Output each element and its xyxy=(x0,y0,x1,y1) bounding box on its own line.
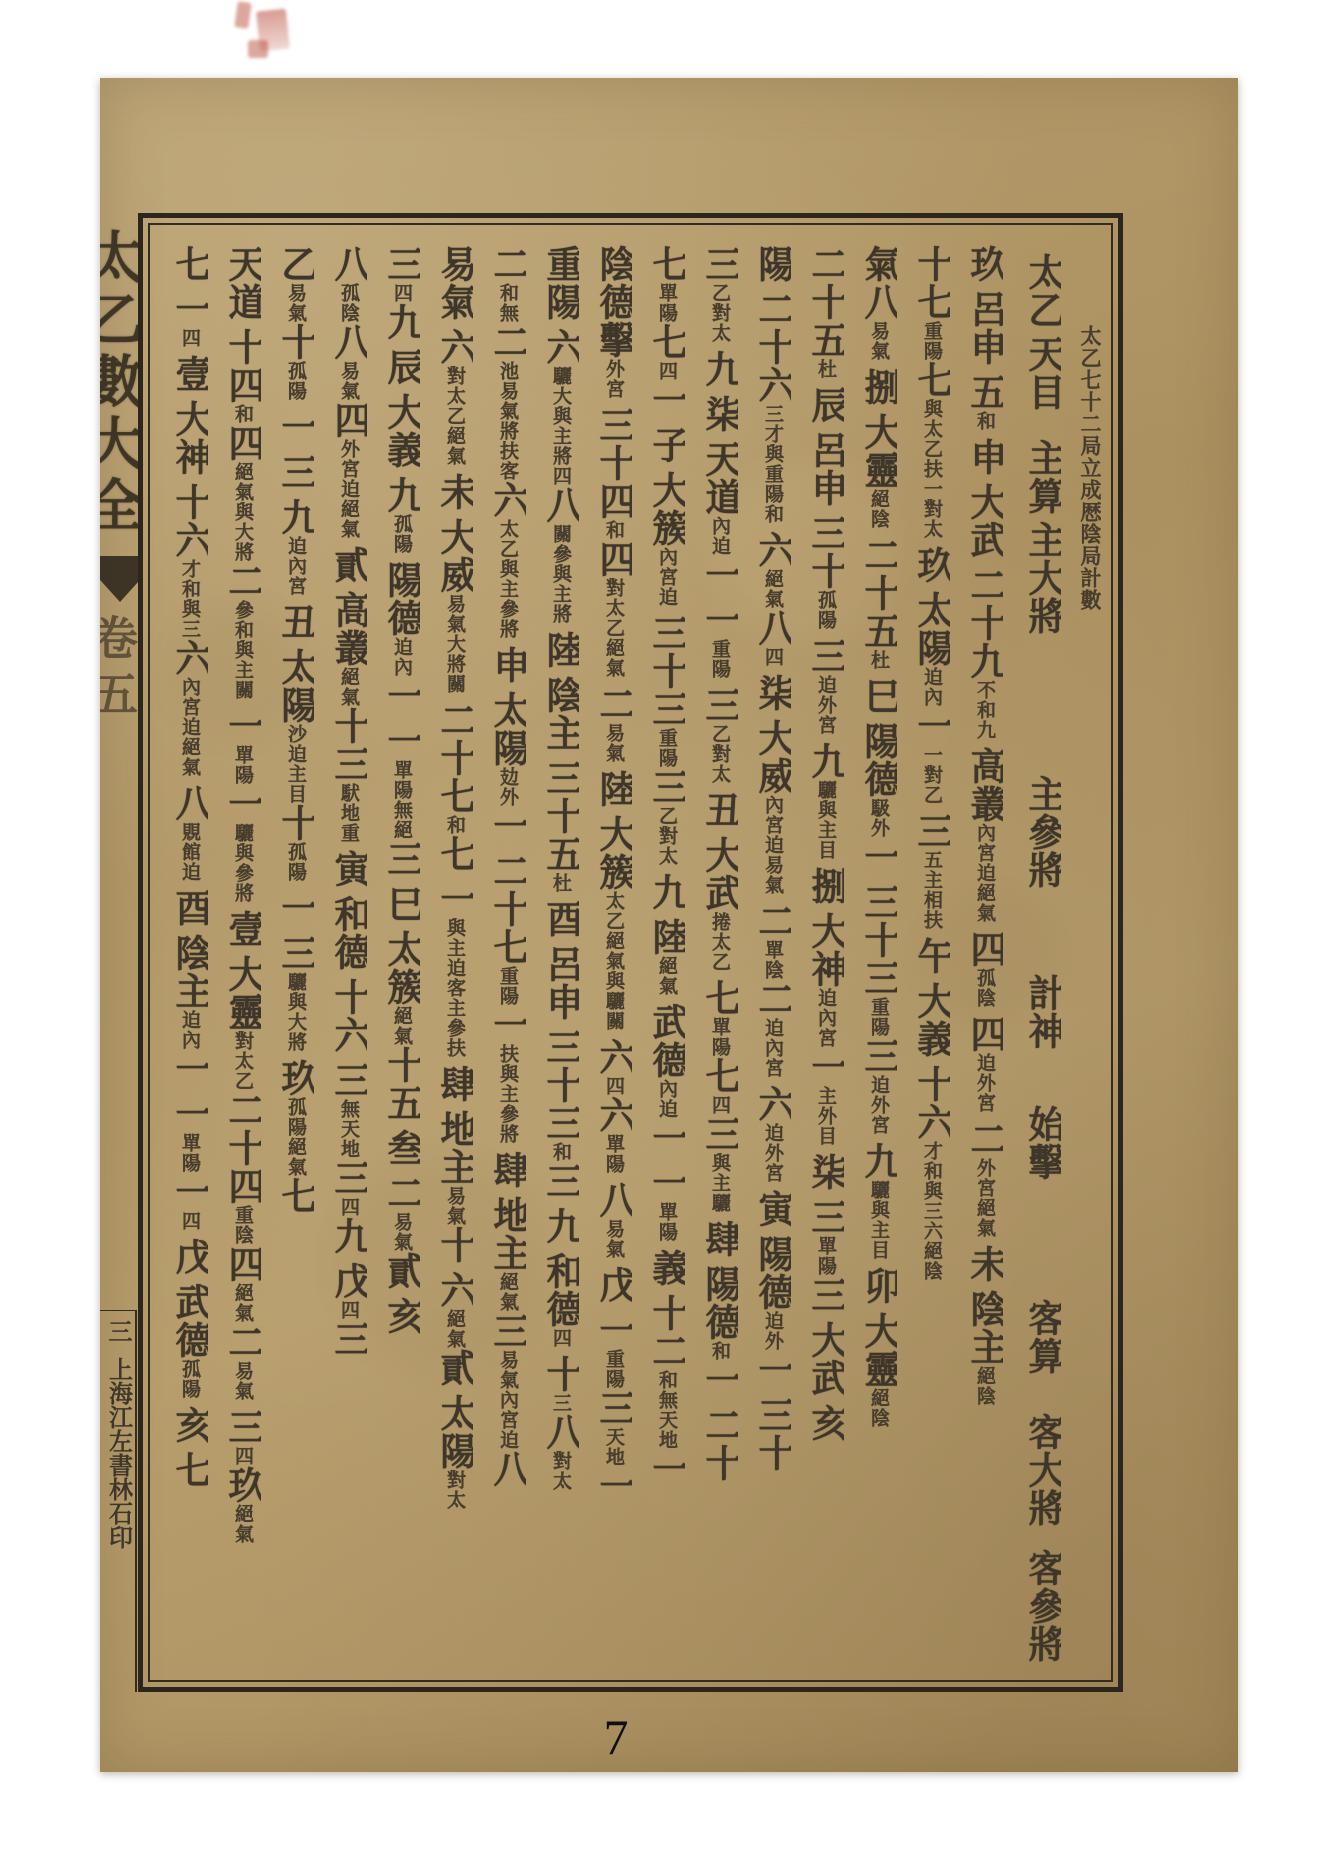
column-main-text: 十六 xyxy=(911,1065,950,1141)
column-annotation-text: 六絕陰 xyxy=(921,1221,942,1281)
column-main-text: 一 xyxy=(275,408,314,446)
column-main-text: 酉 xyxy=(540,900,579,938)
column-annotation-text: 四 xyxy=(709,1095,730,1115)
column-main-text: 四 xyxy=(328,401,367,439)
column-main-text: 三十 xyxy=(752,1396,791,1472)
column-annotation-text: 和無 xyxy=(497,283,518,323)
column-main-text: 一 xyxy=(169,290,208,328)
column-annotation-text: 易氣 xyxy=(603,723,624,763)
column-main-text: 一 xyxy=(169,1173,208,1211)
column-annotation-text: 孤陽 xyxy=(815,590,836,630)
column-annotation-text: 易氣 xyxy=(868,321,889,361)
column-main-text: 二十四 xyxy=(222,1091,261,1205)
column-annotation-text: 單陰 xyxy=(762,940,783,980)
column-annotation-text: 四 xyxy=(656,361,677,381)
column-main-text: 一 xyxy=(646,1164,685,1202)
column-annotation-text: 內宮迫絕氣 xyxy=(974,823,995,923)
column-main-text: 三十五 xyxy=(540,759,579,873)
column-main-text: 二十五 xyxy=(858,536,897,650)
column-main-text: 地主 xyxy=(487,1196,526,1272)
column-annotation-text: 驪大 xyxy=(550,366,571,406)
column-annotation-text: 內宮迫 xyxy=(497,1390,518,1450)
column-annotation-text: 絕氣 xyxy=(603,638,624,678)
column-annotation-text: 大將關 xyxy=(444,634,465,694)
column-main-text: 客算 xyxy=(1022,1299,1061,1375)
column-main-text: 一 xyxy=(487,807,526,845)
column-main-text: 寅 xyxy=(752,1190,791,1228)
column-annotation-text: 外宮絕氣 xyxy=(974,1158,995,1238)
column-annotation-text: 太乙絕氣 xyxy=(603,891,624,971)
column-annotation-text: 內宮迫 xyxy=(656,547,677,607)
column-main-text: 十四 xyxy=(222,328,261,404)
column-annotation-text: 絕氣 xyxy=(338,499,359,539)
column-annotation-text: 絕氣 xyxy=(497,1272,518,1312)
column-main-text: 大威 xyxy=(434,518,473,594)
column-main-text: 大神 xyxy=(805,912,844,988)
column-main-text: 重陽 xyxy=(540,245,579,321)
column-annotation-text: 絕氣 xyxy=(656,956,677,996)
column-main-text: 八 xyxy=(752,609,791,647)
column-main-text: 一 xyxy=(169,1050,208,1088)
column-annotation-text: 重陽 xyxy=(497,966,518,1006)
column-main-text: 陸 xyxy=(540,631,579,669)
column-main-text: 十六 xyxy=(328,978,367,1054)
column-annotation-text: 易氣 xyxy=(285,283,306,323)
column-main-text: 九 xyxy=(805,742,844,780)
column-main-text: 肆 xyxy=(434,1065,473,1103)
column-main-text: 柒 xyxy=(805,1153,844,1191)
column-main-text: 太乙 xyxy=(1022,253,1061,329)
column-annotation-text: 迫外宮 xyxy=(762,1123,783,1183)
column-main-text: 二十五 xyxy=(805,245,844,359)
column-annotation-text: 單陽 xyxy=(709,1017,730,1057)
column-main-text: 四 xyxy=(222,1245,261,1283)
column-annotation-text: 無絕 xyxy=(391,800,412,840)
column-main-text: 五 xyxy=(964,373,1003,411)
column-main-text: 貳 xyxy=(328,546,367,584)
colophon-section-mark: 三 xyxy=(100,1319,135,1343)
column-main-text: 戊 xyxy=(169,1238,208,1276)
column-main-text: 三 xyxy=(328,1320,367,1358)
table-columns: 太乙七十二局立成厯陰局計數太乙天目主算主大將主參將計神始擊客算客大將客參將玖呂申… xyxy=(160,239,1101,1668)
column-annotation-text: 外宮迫 xyxy=(338,439,359,499)
column-annotation-text: 內宮迫 xyxy=(179,677,200,737)
column-main-text: 九 xyxy=(540,1207,579,1245)
column-main-text: 三 xyxy=(858,1037,897,1075)
column-main-text: 呂申 xyxy=(540,945,579,1021)
column-main-text: 三 xyxy=(222,1408,261,1446)
column-annotation-text: 四 xyxy=(232,1446,253,1466)
column-main-text: 二十九 xyxy=(964,566,1003,680)
column-main-text: 三 xyxy=(328,1061,367,1099)
column-annotation-text: 無天地 xyxy=(338,1099,359,1159)
column-annotation-text: 天地 xyxy=(603,1427,624,1467)
column-annotation-text: 重陽和 xyxy=(762,464,783,524)
column-annotation-text: 單陽 xyxy=(232,745,253,785)
column-annotation-text: 迫外宮 xyxy=(974,1053,995,1113)
column-main-text: 乙 xyxy=(275,245,314,283)
column-annotation-text: 迫內 xyxy=(921,667,942,707)
column-main-text: 一 xyxy=(646,1119,685,1157)
column-main-text: 二 xyxy=(487,323,526,361)
column-annotation-text: 迫內 xyxy=(391,637,412,677)
column-annotation-text: 主參扶 xyxy=(444,998,465,1058)
column-main-text: 大義 xyxy=(911,982,950,1058)
column-main-text: 捌 xyxy=(805,867,844,905)
text-column: 易氣六對太乙絕氣未大威易氣大將關二十七和七一與主迫客主參扶肆地主易氣十六絕氣貳太… xyxy=(420,239,473,1668)
column-main-text: 巳 xyxy=(381,885,420,923)
column-annotation-text: 與驪關 xyxy=(603,971,624,1031)
column-main-text: 二 xyxy=(964,1120,1003,1158)
column-annotation-text: 孤陽 xyxy=(179,1359,200,1399)
column-annotation-text: 與主驪 xyxy=(709,1153,730,1213)
column-main-text: 六 xyxy=(593,1038,632,1076)
column-annotation-text: 孤陽 xyxy=(391,514,412,554)
column-annotation-text: 四 xyxy=(179,328,200,348)
column-main-text: 陽德 xyxy=(752,1235,791,1311)
column-annotation-text: 易氣 xyxy=(232,1361,253,1401)
column-main-text: 三十 xyxy=(805,514,844,590)
column-main-text: 太陽 xyxy=(434,1394,473,1470)
column-main-text: 二十 xyxy=(699,1406,738,1482)
column-main-text: 十 xyxy=(540,1355,579,1393)
column-main-text: 三 xyxy=(699,245,738,283)
column-annotation-text: 四 xyxy=(603,1076,624,1096)
column-annotation-text: 才和與三 xyxy=(921,1141,942,1221)
column-annotation-text: 和 xyxy=(550,1142,571,1162)
column-annotation-text: 與大將 xyxy=(232,502,253,562)
column-main-text: 陰主 xyxy=(540,676,579,752)
column-main-text: 陰德擊 xyxy=(593,245,632,359)
column-main-text: 未 xyxy=(434,473,473,511)
column-annotation-text: 迫外 xyxy=(762,1311,783,1351)
column-annotation-text: 易氣 xyxy=(338,361,359,401)
column-main-text: 七 xyxy=(911,361,950,399)
column-annotation-text: 絕氣 xyxy=(444,1309,465,1349)
column-main-text: 八 xyxy=(328,323,367,361)
text-column: 三四九辰大義九孤陽陽德迫內一一單陽無絕三巳太簇絕氣十五叁二易氣貳亥 xyxy=(367,239,420,1668)
column-annotation-text: 將扶客 xyxy=(497,421,518,481)
column-main-text: 二 xyxy=(222,562,261,600)
column-annotation-text: 單陽 xyxy=(391,760,412,800)
column-main-text: 貳 xyxy=(434,1349,473,1387)
column-main-text: 七 xyxy=(699,979,738,1017)
column-main-text: 計神 xyxy=(1022,974,1061,1050)
column-main-text: 三 xyxy=(381,840,420,878)
column-main-text: 亥 xyxy=(805,1404,844,1442)
column-main-text: 一 xyxy=(752,1351,791,1389)
column-main-text: 客參將 xyxy=(1022,1549,1061,1663)
column-annotation-text: 迫外宮 xyxy=(815,675,836,735)
column-main-text: 肆 xyxy=(487,1151,526,1189)
column-main-text: 八 xyxy=(487,1450,526,1488)
column-main-text: 三 xyxy=(328,1159,367,1197)
column-main-text: 大武 xyxy=(805,1321,844,1397)
column-main-text: 一 xyxy=(646,381,685,419)
column-annotation-text: 才和與三 xyxy=(179,559,200,639)
row-label-column: 太乙天目主算主大將主參將計神始擊客算客大將客參將 xyxy=(1003,239,1061,1668)
column-annotation-text: 池易氣 xyxy=(497,361,518,421)
column-main-text: 八 xyxy=(540,1413,579,1451)
text-column: 乙易氣十孤陽一三九迫內宮丑太陽沙迫主目十孤陽一三驪與大將玖孤陽絕氣七 xyxy=(261,239,314,1668)
column-main-text: 十六 xyxy=(169,483,208,559)
column-main-text: 主大將 xyxy=(1022,521,1061,635)
column-main-text: 一 xyxy=(593,1467,632,1505)
column-main-text: 七 xyxy=(699,1057,738,1095)
column-main-text: 三 xyxy=(805,1198,844,1236)
column-main-text: 陽 xyxy=(752,245,791,283)
column-main-text: 六 xyxy=(434,328,473,366)
column-annotation-text: 孤陽 xyxy=(285,1097,306,1137)
column-main-text: 始擊 xyxy=(1022,1105,1061,1181)
column-main-text: 六 xyxy=(540,328,579,366)
column-annotation-text: 參將 xyxy=(232,863,253,903)
column-annotation-text: 四 xyxy=(338,1197,359,1217)
column-main-text: 三 xyxy=(381,245,420,283)
column-annotation-text: 易氣 xyxy=(444,1186,465,1226)
column-annotation-text: 和 xyxy=(603,520,624,540)
column-main-text: 壹 xyxy=(222,910,261,948)
column-main-text: 大武 xyxy=(699,836,738,912)
column-annotation-text: 太乙 xyxy=(497,519,518,559)
column-main-text: 捌 xyxy=(858,368,897,406)
column-main-text: 一 xyxy=(487,1006,526,1044)
column-annotation-text: 易氣 xyxy=(603,1219,624,1259)
column-annotation-text: 迫內宮 xyxy=(815,988,836,1048)
column-main-text: 三 xyxy=(593,1389,632,1427)
column-annotation-text: 覞館迫 xyxy=(179,822,200,882)
column-main-text: 九 xyxy=(381,476,420,514)
column-annotation-text: 重陽 xyxy=(921,321,942,361)
column-annotation-text: 和 xyxy=(709,1341,730,1361)
column-annotation-text: 參和 xyxy=(232,600,253,640)
column-annotation-text: 四 xyxy=(179,1211,200,1231)
printed-frame-inner-rule: 太乙七十二局立成厯陰局計數太乙天目主算主大將主參將計神始擊客算客大將客參將玖呂申… xyxy=(148,223,1113,1682)
column-annotation-text: 捲太乙 xyxy=(709,912,730,972)
column-annotation-text: 單陽 xyxy=(815,1236,836,1276)
column-annotation-text: 攰外 xyxy=(497,767,518,807)
column-annotation-text: 迫內宮 xyxy=(285,536,306,596)
text-column: 陽二十六三才與重陽和六絕氣八四柒大威內宮迫易氣二單陰二迫內宮六迫外宮寅陽德迫外一… xyxy=(738,239,791,1668)
column-main-text: 三 xyxy=(487,1312,526,1350)
column-main-text: 義 xyxy=(646,1249,685,1287)
column-main-text: 卯 xyxy=(858,1267,897,1305)
column-annotation-text: 三 xyxy=(550,1393,571,1413)
column-main-text: 呂申 xyxy=(964,290,1003,366)
column-annotation-text: 單陽 xyxy=(656,1202,677,1242)
text-column: 十七重陽七與太乙扶一對太玖太陽迫內一一對乙三五主相扶午大義十六才和與三六絕陰 xyxy=(897,239,950,1668)
column-main-text: 玖 xyxy=(911,546,950,584)
column-main-text: 一 xyxy=(381,722,420,760)
table-title-column: 太乙七十二局立成厯陰局計數 xyxy=(1061,239,1101,1668)
column-annotation-text: 五主相扶 xyxy=(921,850,942,930)
column-annotation-text: 絕氣 xyxy=(232,462,253,502)
column-main-text: 四 xyxy=(964,930,1003,968)
column-annotation-text: 一對太 xyxy=(921,479,942,539)
column-annotation-text: 杜 xyxy=(868,650,889,670)
column-annotation-text: 外宮 xyxy=(603,359,624,399)
publisher-colophon: 三 上海江左書林石印 xyxy=(100,1310,137,1692)
text-column: 玖呂申五和申大武二十九不和九高叢內宮迫絕氣四孤陰四迫外宮二外宮絕氣未陰主絕陰 xyxy=(950,239,1003,1668)
column-main-text: 八 xyxy=(593,1181,632,1219)
column-main-text: 酉 xyxy=(169,889,208,927)
column-main-text: 亥 xyxy=(169,1406,208,1444)
column-main-text: 七 xyxy=(434,835,473,873)
column-main-text: 大威 xyxy=(752,719,791,795)
column-main-text: 十 xyxy=(275,804,314,842)
column-main-text: 八 xyxy=(328,245,367,283)
column-annotation-text: 和 xyxy=(444,815,465,835)
column-main-text: 太陽 xyxy=(911,591,950,667)
column-main-text: 三 xyxy=(805,1276,844,1314)
text-column: 二十五杜辰呂申三十孤陽三迫外宮九驪與主目捌大神迫內宮一主外目柒三單陽三大武亥 xyxy=(791,239,844,1668)
column-main-text: 戊 xyxy=(328,1262,367,1300)
column-annotation-text: 絕陰 xyxy=(868,1388,889,1428)
column-main-text: 九 xyxy=(858,1142,897,1180)
column-main-text: 三十三 xyxy=(540,1028,579,1142)
column-main-text: 一 xyxy=(275,889,314,927)
red-ink-mark xyxy=(234,1,251,29)
column-main-text: 太陽 xyxy=(275,648,314,724)
column-main-text: 大武 xyxy=(964,483,1003,559)
column-main-text: 三十四 xyxy=(593,406,632,520)
column-main-text: 主算 xyxy=(1022,439,1061,515)
column-main-text: 六 xyxy=(752,531,791,569)
column-main-text: 大靈 xyxy=(858,413,897,489)
column-main-text: 六 xyxy=(169,639,208,677)
text-column: 陰德擊外宮三十四和四對太乙絕氣二易氣陸大簇太乙絕氣與驪關六四六單陽八易氣戊一重陽… xyxy=(579,239,632,1668)
column-main-text: 七 xyxy=(169,245,208,283)
column-main-text: 大靈 xyxy=(858,1312,897,1388)
column-main-text: 和德 xyxy=(540,1252,579,1328)
column-main-text: 一 xyxy=(169,1095,208,1133)
column-annotation-text: 驪與主目 xyxy=(815,780,836,860)
column-annotation-text: 扶與主 xyxy=(497,1044,518,1104)
column-main-text: 十三 xyxy=(328,707,367,783)
column-annotation-text: 易氣 xyxy=(444,594,465,634)
column-main-text: 大簇 xyxy=(593,815,632,891)
column-annotation-text: 馺外 xyxy=(868,798,889,838)
column-annotation-text: 一對乙 xyxy=(921,745,942,805)
column-main-text: 玖 xyxy=(222,1466,261,1504)
column-main-text: 一 xyxy=(434,880,473,918)
column-main-text: 太陽 xyxy=(487,691,526,767)
column-annotation-text: 單陽 xyxy=(603,1134,624,1174)
column-main-text: 玖 xyxy=(275,1059,314,1097)
column-annotation-text: 內宮迫 xyxy=(762,795,783,855)
column-annotation-text: 重陽 xyxy=(603,1349,624,1389)
column-main-text: 高叢 xyxy=(964,747,1003,823)
column-annotation-text: 與主參將 xyxy=(497,559,518,639)
column-annotation-text: 單陽 xyxy=(179,1133,200,1173)
column-main-text: 三 xyxy=(699,1115,738,1153)
text-column: 七單陽七四一子大簇內宮迫三十三重陽三乙對太九陸絕氣武德內迫一一單陽義十二和無天地… xyxy=(632,239,685,1668)
column-main-text: 申 xyxy=(487,646,526,684)
column-main-text: 柒 xyxy=(752,674,791,712)
column-main-text: 肆 xyxy=(699,1220,738,1258)
column-main-text: 二十六 xyxy=(752,290,791,404)
column-main-text: 地主 xyxy=(434,1110,473,1186)
column-annotation-text: 沙迫 xyxy=(285,724,306,764)
column-annotation-text: 杜 xyxy=(815,359,836,379)
column-annotation-text: 絕氣 xyxy=(444,426,465,466)
column-main-text: 未 xyxy=(964,1245,1003,1283)
column-main-text: 陽德 xyxy=(699,1265,738,1341)
column-main-text: 大神 xyxy=(169,400,208,476)
column-annotation-text: 絕氣 xyxy=(232,1504,253,1544)
column-main-text: 九 xyxy=(275,498,314,536)
column-main-text: 二十七 xyxy=(434,701,473,815)
column-annotation-text: 孤陰 xyxy=(974,968,995,1008)
column-main-text: 十七 xyxy=(911,245,950,321)
column-annotation-text: 內迫 xyxy=(656,1079,677,1119)
column-main-text: 二 xyxy=(752,902,791,940)
column-main-text: 陸 xyxy=(593,770,632,808)
column-main-text: 九 xyxy=(699,350,738,388)
column-annotation-text: 天地 xyxy=(656,1410,677,1450)
column-main-text: 二 xyxy=(487,245,526,283)
column-annotation-text: 易氣 xyxy=(762,855,783,895)
column-main-text: 三 xyxy=(646,768,685,806)
column-annotation-text: 重陽 xyxy=(868,997,889,1037)
column-annotation-text: 與主將 xyxy=(550,564,571,624)
column-main-text: 陽德 xyxy=(858,722,897,798)
column-annotation-text: 三才與 xyxy=(762,404,783,464)
column-main-text: 三 xyxy=(275,934,314,972)
column-annotation-text: 對太 xyxy=(550,1451,571,1491)
column-main-text: 一 xyxy=(699,601,738,639)
column-annotation-text: 易氣 xyxy=(497,1350,518,1390)
column-main-text: 十 xyxy=(434,1226,473,1264)
column-main-text: 丑 xyxy=(699,791,738,829)
column-annotation-text: 對太 xyxy=(444,1470,465,1510)
column-main-text: 陸 xyxy=(646,918,685,956)
page-number: 7 xyxy=(586,1708,646,1766)
column-main-text: 主參將 xyxy=(1022,775,1061,889)
column-main-text: 一 xyxy=(805,1048,844,1086)
publisher-name: 上海江左書林石印 xyxy=(106,1357,130,1549)
column-main-text: 巳 xyxy=(858,677,897,715)
column-annotation-text: 關參 xyxy=(550,524,571,564)
column-main-text: 一 xyxy=(593,1311,632,1349)
column-main-text: 二 xyxy=(222,1323,261,1361)
column-main-text: 四 xyxy=(593,540,632,578)
column-annotation-text: 驪與主目 xyxy=(868,1180,889,1260)
column-annotation-text: 乙對太 xyxy=(656,806,677,866)
column-main-text: 丑 xyxy=(275,603,314,641)
text-column: 重陽六驪大與主將四八關參與主將陸陰主三十五杜酉呂申三十三和三九和德四十三八對太 xyxy=(526,239,579,1668)
column-main-text: 十 xyxy=(275,323,314,361)
column-annotation-text: 重陽 xyxy=(656,728,677,768)
column-annotation-text: 主目 xyxy=(285,764,306,804)
column-main-text: 一 xyxy=(646,1450,685,1488)
column-main-text: 七 xyxy=(275,1177,314,1215)
column-main-text: 六 xyxy=(593,1096,632,1134)
column-main-text: 三十三 xyxy=(858,883,897,997)
column-main-text: 寅 xyxy=(328,850,367,888)
column-main-text: 壹 xyxy=(169,355,208,393)
column-main-text: 三 xyxy=(805,637,844,675)
column-annotation-text: 重陰 xyxy=(232,1205,253,1245)
column-main-text: 二 xyxy=(381,1174,420,1212)
column-main-text: 九 xyxy=(646,873,685,911)
column-annotation-text: 孤陰 xyxy=(338,283,359,323)
column-main-text: 七 xyxy=(169,1451,208,1489)
printed-frame: 太乙七十二局立成厯陰局計數太乙天目主算主大將主參將計神始擊客算客大將客參將玖呂申… xyxy=(138,213,1123,1692)
column-annotation-text: 迫內宮 xyxy=(762,1018,783,1078)
column-main-text: 貳 xyxy=(381,1252,420,1290)
fishtail-mark-icon xyxy=(100,556,140,602)
